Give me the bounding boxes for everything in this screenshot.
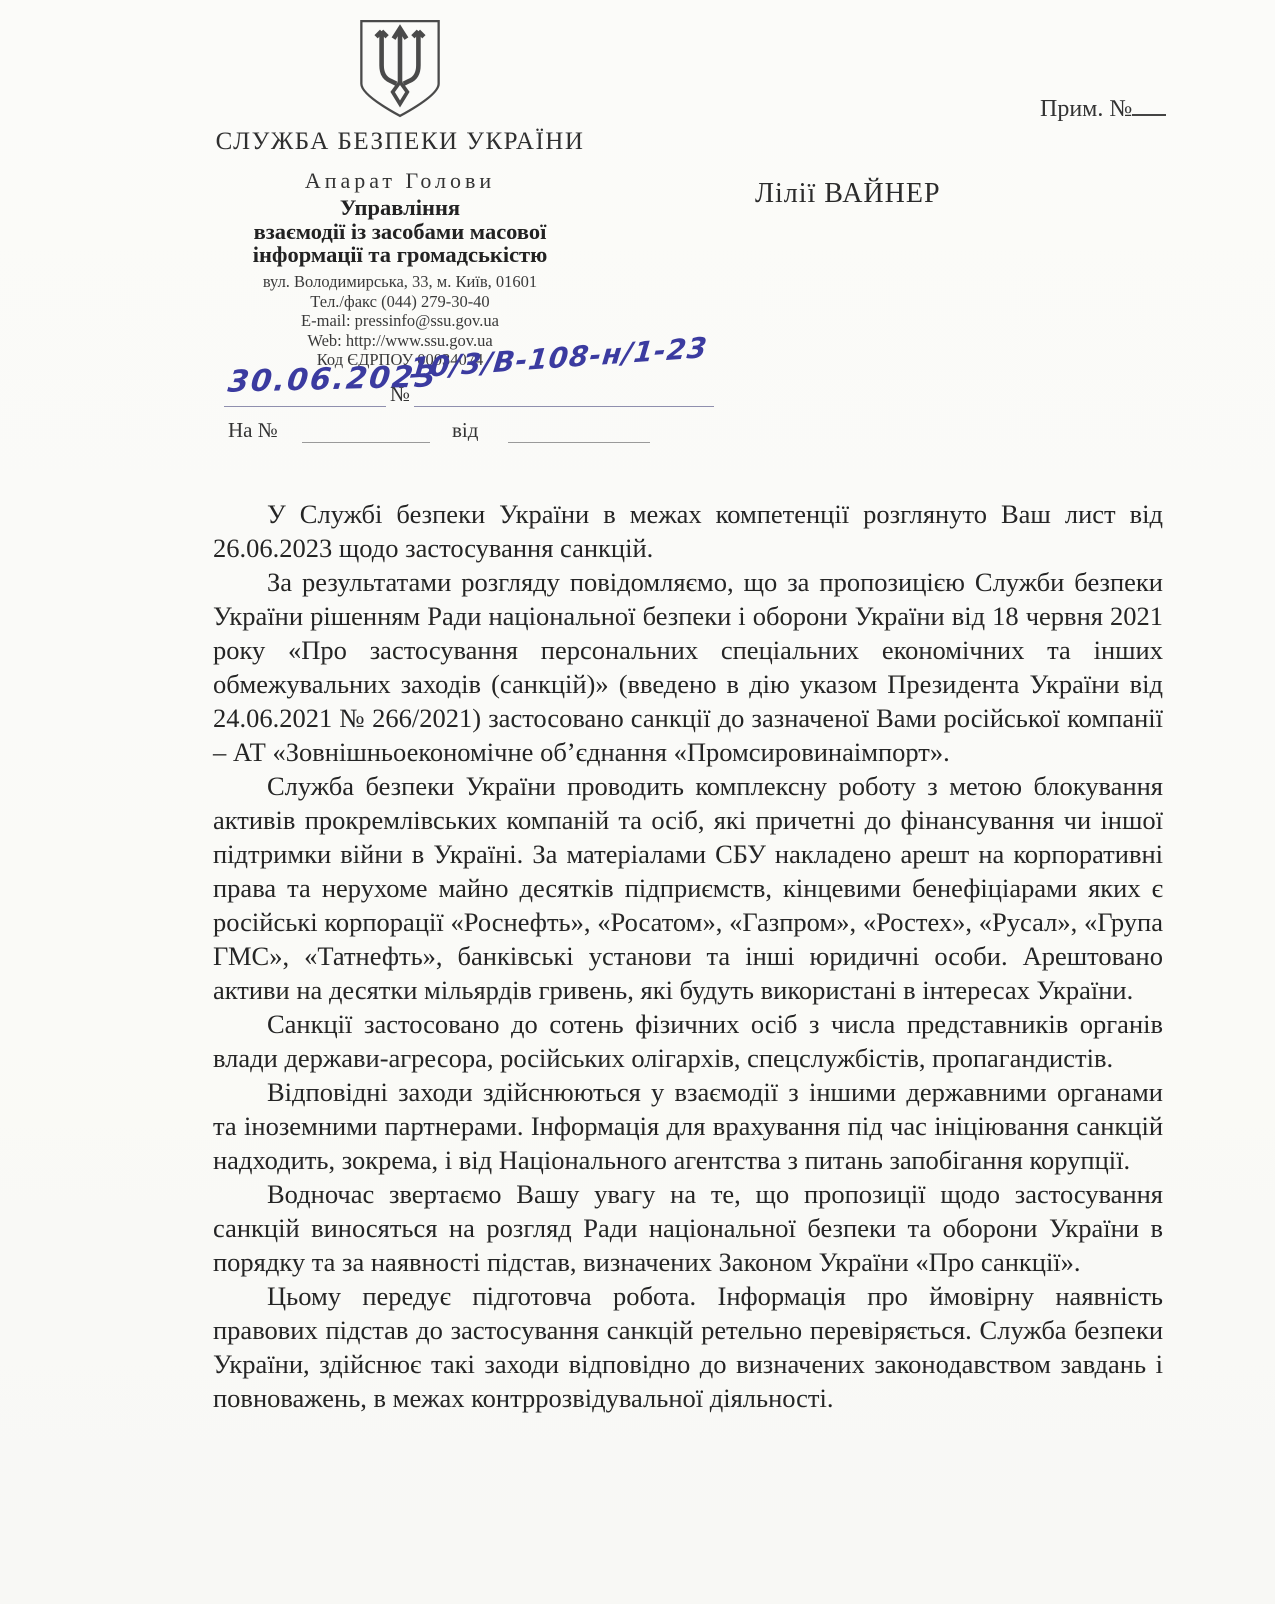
org-name: СЛУЖБА БЕЗПЕКИ УКРАЇНИ [180, 128, 620, 156]
department-name: Управління взаємодії із засобами масової… [180, 196, 620, 267]
email-line: E-mail: pressinfo@ssu.gov.ua [180, 311, 620, 331]
paragraph: У Службі безпеки України в межах компете… [213, 497, 1163, 565]
paragraph: За результатами розгляду повідомляємо, щ… [213, 565, 1163, 769]
recipient-name: Лілії ВАЙНЕР [755, 178, 941, 210]
address-line: вул. Володимирська, 33, м. Київ, 01601 [180, 272, 620, 292]
department-line: взаємодії із засобами масової [180, 220, 620, 244]
letter-body: У Службі безпеки України в межах компете… [213, 497, 1163, 1415]
copy-number-blank [1132, 92, 1166, 116]
phone-line: Тел./факс (044) 279-30-40 [180, 292, 620, 312]
paragraph: Водночас звертаємо Вашу увагу на те, що … [213, 1177, 1163, 1279]
department-line: інформації та громадськістю [180, 243, 620, 267]
office-name: Апарат Голови [180, 168, 620, 194]
paragraph: Цьому передує підготовча робота. Інформа… [213, 1279, 1163, 1415]
scanned-letter-page: СЛУЖБА БЕЗПЕКИ УКРАЇНИ Апарат Голови Упр… [0, 0, 1275, 1604]
ukraine-trident-emblem-icon [354, 16, 446, 122]
reply-from-label: від [452, 418, 478, 443]
copy-number-text: Прим. № [1040, 96, 1132, 122]
paragraph: Санкції застосовано до сотень фізичних о… [213, 1007, 1163, 1075]
date-underline [224, 406, 386, 407]
number-sign: № [390, 382, 410, 407]
copy-number-label: Прим. № [1040, 92, 1166, 123]
reply-date-blank [508, 442, 650, 443]
paragraph: Служба безпеки України проводить комплек… [213, 769, 1163, 1007]
department-line: Управління [180, 196, 620, 220]
reply-to-number-label: На № [228, 418, 278, 443]
paragraph: Відповідні заходи здійснюються у взаємод… [213, 1075, 1163, 1177]
reply-number-blank [302, 442, 430, 443]
ref-number-underline [414, 406, 714, 407]
